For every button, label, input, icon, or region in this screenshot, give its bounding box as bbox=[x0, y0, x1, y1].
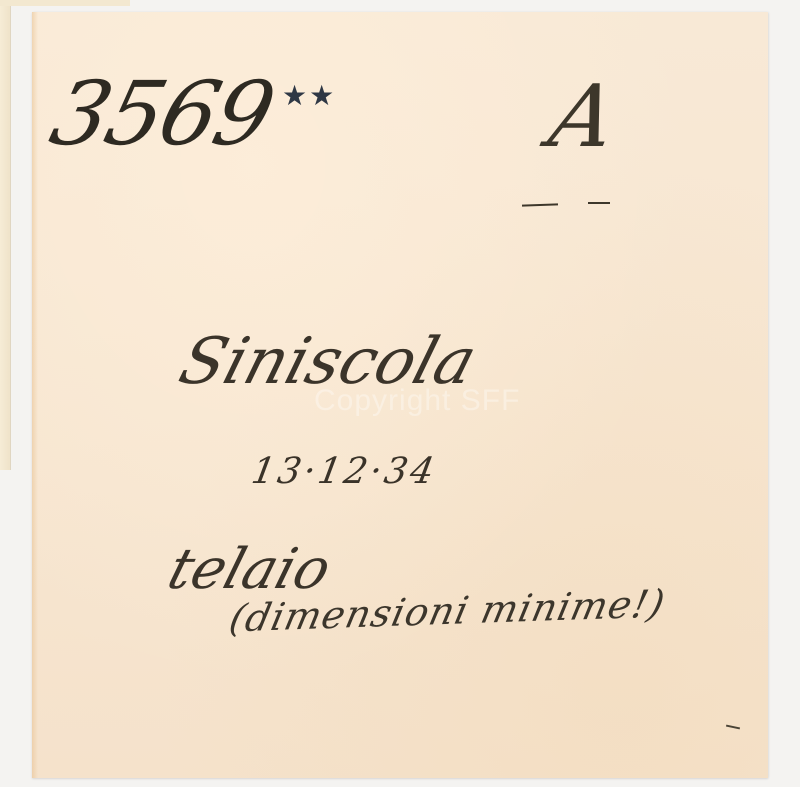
date: 13·12·34 bbox=[249, 454, 440, 490]
paper-edge-stain bbox=[32, 12, 38, 778]
underlying-sheet-edge bbox=[0, 0, 11, 470]
letter-underline-left bbox=[522, 203, 558, 206]
letter-mark: A bbox=[543, 74, 623, 160]
star-marks-icon: ★★ bbox=[282, 82, 336, 110]
subject: telaio bbox=[162, 542, 337, 598]
catalog-number: 3569 bbox=[43, 70, 281, 158]
stray-ink-mark bbox=[726, 725, 740, 730]
paper-label: 3569 ★★ A Siniscola Copyright SFF 13·12·… bbox=[32, 12, 768, 778]
watermark: Copyright SFF bbox=[314, 384, 520, 418]
letter-underline-right bbox=[588, 202, 610, 204]
underlying-sheet-top bbox=[0, 0, 130, 6]
